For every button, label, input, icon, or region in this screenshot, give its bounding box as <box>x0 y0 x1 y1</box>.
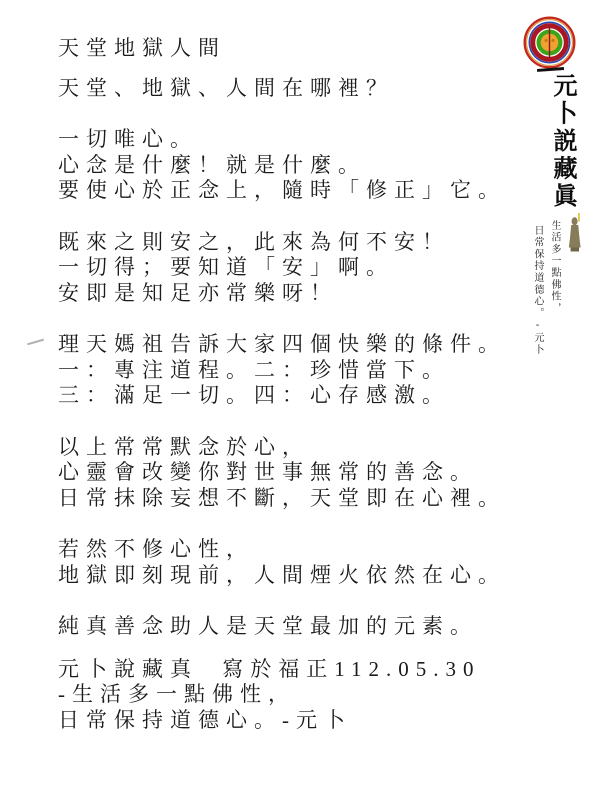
text-line: 一：專注道程。二：珍惜當下。 <box>58 358 528 384</box>
logo-right-dot <box>551 39 554 42</box>
text-line: 地獄即刻現前，人間煙火依然在心。 <box>58 563 528 589</box>
paragraph: 以上常常默念於心， 心靈會改變你對世事無常的善念。 日常抹除妄想不斷，天堂即在心… <box>58 435 528 512</box>
text-line: 純真善念助人是天堂最加的元素。 <box>58 614 528 640</box>
text-line: 天堂地獄人間 <box>58 36 528 62</box>
statue-head <box>572 217 578 225</box>
statue-base <box>571 248 579 252</box>
paragraph-question: 天堂、地獄、人間在哪裡？ <box>58 76 528 102</box>
paragraph-title: 天堂地獄人間 <box>58 36 528 62</box>
text-line: 一切唯心。 <box>58 127 528 153</box>
signature-line: 元卜說藏真 寫於福正112.05.30 <box>58 657 528 683</box>
motto-vertical-text: 生活多一點佛性， 日常保持道德心。-元卜 <box>529 220 563 370</box>
text-line: -生活多一點佛性， <box>58 682 528 708</box>
paragraph: 既來之則安之，此來為何不安！ 一切得；要知道「安」啊。 安即是知足亦常樂呀！ <box>58 230 528 307</box>
logo-left-dot <box>544 39 547 42</box>
motto-column-right: 生活多一點佛性， <box>546 220 563 370</box>
article-text: 天堂地獄人間 天堂、地獄、人間在哪裡？ 一切唯心。 心念是什麼！就是什麼。 要使… <box>58 36 528 733</box>
text-line: 日常抹除妄想不斷，天堂即在心裡。 <box>58 486 528 512</box>
text-line: 日常保持道德心。-元卜 <box>58 708 528 734</box>
text-line: 既來之則安之，此來為何不安！ <box>58 230 528 256</box>
statue-body <box>569 225 581 248</box>
text-line: 心念是什麼！就是什麼。 <box>58 153 528 179</box>
paragraph: 若然不修心性， 地獄即刻現前，人間煙火依然在心。 <box>58 537 528 588</box>
text-line: 三：滿足一切。四：心存感激。 <box>58 383 528 409</box>
monk-statue-icon <box>567 213 586 255</box>
paragraph: 一切唯心。 心念是什麼！就是什麼。 要使心於正念上，隨時「修正」它。 <box>58 127 528 204</box>
brand-logo-icon <box>523 16 576 69</box>
page: 天堂地獄人間 天堂、地獄、人間在哪裡？ 一切唯心。 心念是什麼！就是什麼。 要使… <box>0 0 600 800</box>
brand-vertical-text: 元卜説藏眞 <box>545 73 580 211</box>
text-line: 一切得；要知道「安」啊。 <box>58 255 528 281</box>
motto-column-left: 日常保持道德心。-元卜 <box>529 220 546 370</box>
paragraph-signature: 元卜說藏真 寫於福正112.05.30 -生活多一點佛性， 日常保持道德心。-元… <box>58 657 528 734</box>
statue-accent-mark <box>578 213 580 222</box>
stray-scan-mark <box>27 339 44 345</box>
text-line: 安即是知足亦常樂呀！ <box>58 281 528 307</box>
paragraph: 理天媽祖告訴大家四個快樂的條件。 一：專注道程。二：珍惜當下。 三：滿足一切。四… <box>58 332 528 409</box>
text-line: 要使心於正念上，隨時「修正」它。 <box>58 178 528 204</box>
text-line: 天堂、地獄、人間在哪裡？ <box>58 76 528 102</box>
text-line: 理天媽祖告訴大家四個快樂的條件。 <box>58 332 528 358</box>
text-line: 若然不修心性， <box>58 537 528 563</box>
text-line: 心靈會改變你對世事無常的善念。 <box>58 460 528 486</box>
logo-base-line <box>537 67 564 71</box>
paragraph: 純真善念助人是天堂最加的元素。 <box>58 614 528 640</box>
text-line: 以上常常默念於心， <box>58 435 528 461</box>
